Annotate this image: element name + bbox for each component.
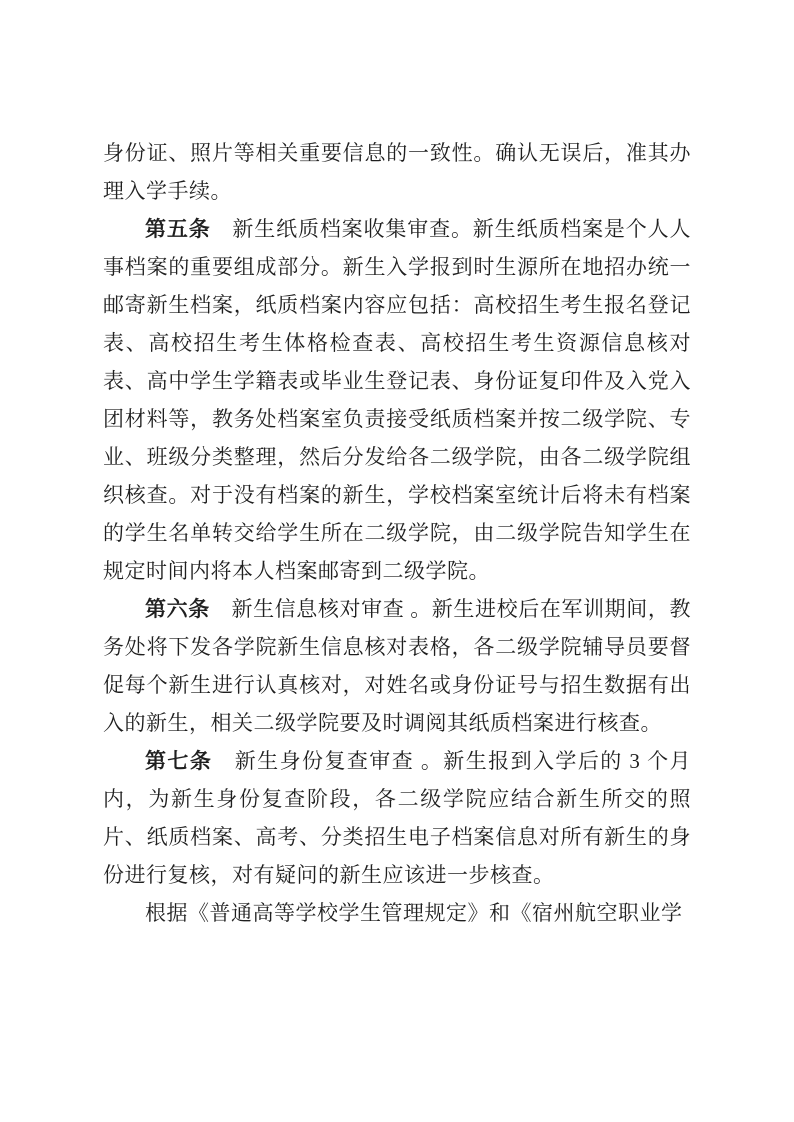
paragraph-article-5: 第五条 新生纸质档案收集审查。新生纸质档案是个人人事档案的重要组成部分。新生入学… xyxy=(103,210,691,590)
document-body: 身份证、照片等相关重要信息的一致性。确认无误后，准其办理入学手续。 第五条 新生… xyxy=(103,134,691,932)
document-page: 身份证、照片等相关重要信息的一致性。确认无误后，准其办理入学手续。 第五条 新生… xyxy=(0,0,794,1122)
paragraph-text: 身份证、照片等相关重要信息的一致性。确认无误后，准其办理入学手续。 xyxy=(103,141,691,203)
article-5-number: 第五条 xyxy=(145,217,211,241)
paragraph-closing: 根据《普通高等学校学生管理规定》和《宿州航空职业学 xyxy=(103,894,691,932)
article-5-text: 新生纸质档案收集审查。新生纸质档案是个人人事档案的重要组成部分。新生入学报到时生… xyxy=(103,217,691,583)
paragraph-article-7: 第七条 新生身份复查审查 。新生报到入学后的 3 个月内，为新生身份复查阶段，各… xyxy=(103,742,691,894)
paragraph-article-6: 第六条 新生信息核对审查 。新生进校后在军训期间，教务处将下发各学院新生信息核对… xyxy=(103,590,691,742)
paragraph-continuation: 身份证、照片等相关重要信息的一致性。确认无误后，准其办理入学手续。 xyxy=(103,134,691,210)
article-7-number: 第七条 xyxy=(145,749,212,773)
article-6-number: 第六条 xyxy=(145,597,210,621)
closing-text: 根据《普通高等学校学生管理规定》和《宿州航空职业学 xyxy=(145,901,683,925)
